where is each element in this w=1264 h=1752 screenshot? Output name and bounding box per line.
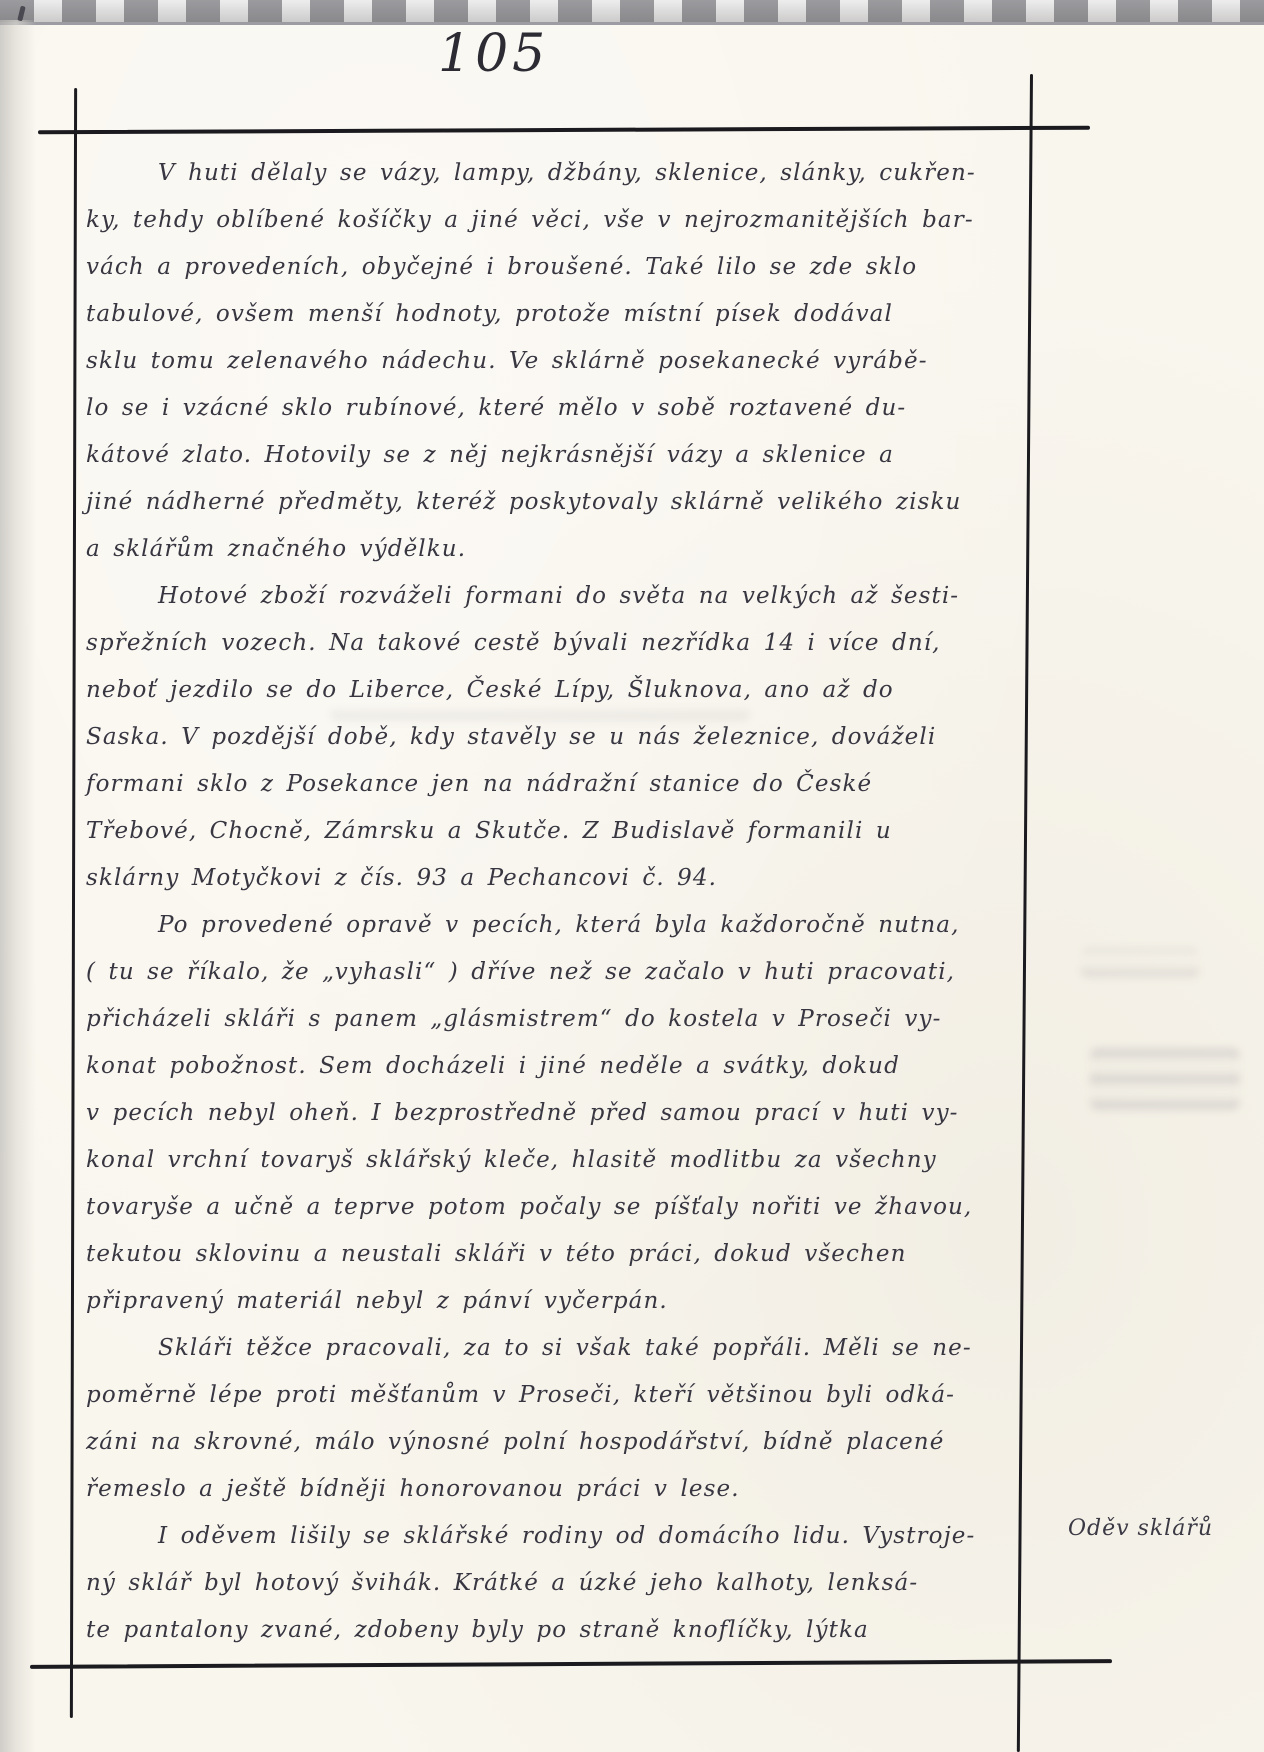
page-number: 105 [438, 24, 549, 84]
handwritten-line: konat pobožnost. Sem docházeli i jiné ne… [86, 1043, 1021, 1090]
handwritten-line: ky, tehdy oblíbené košíčky a jiné věci, … [86, 197, 1021, 244]
handwritten-line: záni na skrovné, málo výnosné polní hosp… [86, 1419, 1021, 1466]
handwritten-line: jiné nádherné předměty, kteréž poskytova… [86, 479, 1021, 526]
margin-note: Oděv sklářů [1068, 1516, 1213, 1541]
scanner-edge-artifact [0, 0, 1264, 25]
frame-rule-left [70, 88, 77, 1718]
frame-rule-top [38, 126, 1090, 135]
handwritten-line: ný sklář byl hotový švihák. Krátké a úzk… [86, 1560, 1021, 1607]
handwritten-line: tabulové, ovšem menší hodnoty, protože m… [86, 291, 1021, 338]
handwritten-line: I oděvem lišily se sklářské rodiny od do… [86, 1513, 1021, 1560]
handwritten-line: sklu tomu zelenavého nádechu. Ve sklárně… [86, 338, 1021, 385]
handwritten-line: spřežních vozech. Na takové cestě bývali… [86, 620, 1021, 667]
handwritten-line: sklárny Motyčkovi z čís. 93 a Pechancovi… [86, 855, 1021, 902]
handwritten-line: Třebové, Chocně, Zámrsku a Skutče. Z Bud… [86, 808, 1021, 855]
handwritten-line: tovaryše a učně a teprve potom počaly se… [86, 1184, 1021, 1231]
bleed-through-smudge [1090, 1048, 1240, 1110]
paragraph: Hotové zboží rozváželi formani do světa … [86, 573, 1021, 902]
text-block: V huti dělaly se vázy, lampy, džbány, sk… [86, 150, 1021, 1654]
handwritten-line: Saska. V pozdější době, kdy stavěly se u… [86, 714, 1021, 761]
bleed-through-smudge [330, 705, 750, 721]
handwritten-line: Hotové zboží rozváželi formani do světa … [86, 573, 1021, 620]
paragraph: I oděvem lišily se sklářské rodiny od do… [86, 1513, 1021, 1654]
handwritten-line: Skláři těžce pracovali, za to si však ta… [86, 1325, 1021, 1372]
handwritten-line: Po provedené opravě v pecích, která byla… [86, 902, 1021, 949]
paragraph: V huti dělaly se vázy, lampy, džbány, sk… [86, 150, 1021, 573]
handwritten-line: v pecích nebyl oheň. I bezprostředně pře… [86, 1090, 1021, 1137]
frame-rule-bottom [30, 1659, 1112, 1669]
handwritten-line: konal vrchní tovaryš sklářský kleče, hla… [86, 1137, 1021, 1184]
handwritten-line: řemeslo a ještě bídněji honorovanou prác… [86, 1466, 1021, 1513]
handwritten-line: připravený materiál nebyl z pánví vyčerp… [86, 1278, 1021, 1325]
handwritten-line: kátové zlato. Hotovily se z něj nejkrásn… [86, 432, 1021, 479]
handwritten-line: ( tu se říkalo, že „vyhasli“ ) dříve než… [86, 949, 1021, 996]
handwritten-line: tekutou sklovinu a neustali skláři v tét… [86, 1231, 1021, 1278]
handwritten-line: V huti dělaly se vázy, lampy, džbány, sk… [86, 150, 1021, 197]
scanned-document-page: 105 V huti dělaly se vázy, lampy, džbány… [0, 0, 1264, 1752]
bleed-through-smudge [1080, 948, 1200, 978]
handwritten-line: přicházeli skláři s panem „glásmistrem“ … [86, 996, 1021, 1043]
handwritten-line: formani sklo z Posekance jen na nádražní… [86, 761, 1021, 808]
handwritten-line: vách a provedeních, obyčejné i broušené.… [86, 244, 1021, 291]
paragraph: Skláři těžce pracovali, za to si však ta… [86, 1325, 1021, 1513]
handwritten-line: te pantalony zvané, zdobeny byly po stra… [86, 1607, 1021, 1654]
handwritten-line: poměrně lépe proti měšťanům v Proseči, k… [86, 1372, 1021, 1419]
paragraph: Po provedené opravě v pecích, která byla… [86, 902, 1021, 1325]
handwritten-line: a sklářům značného výdělku. [86, 526, 1021, 573]
scan-left-edge-shadow [0, 20, 36, 1752]
handwritten-line: lo se i vzácné sklo rubínové, které mělo… [86, 385, 1021, 432]
